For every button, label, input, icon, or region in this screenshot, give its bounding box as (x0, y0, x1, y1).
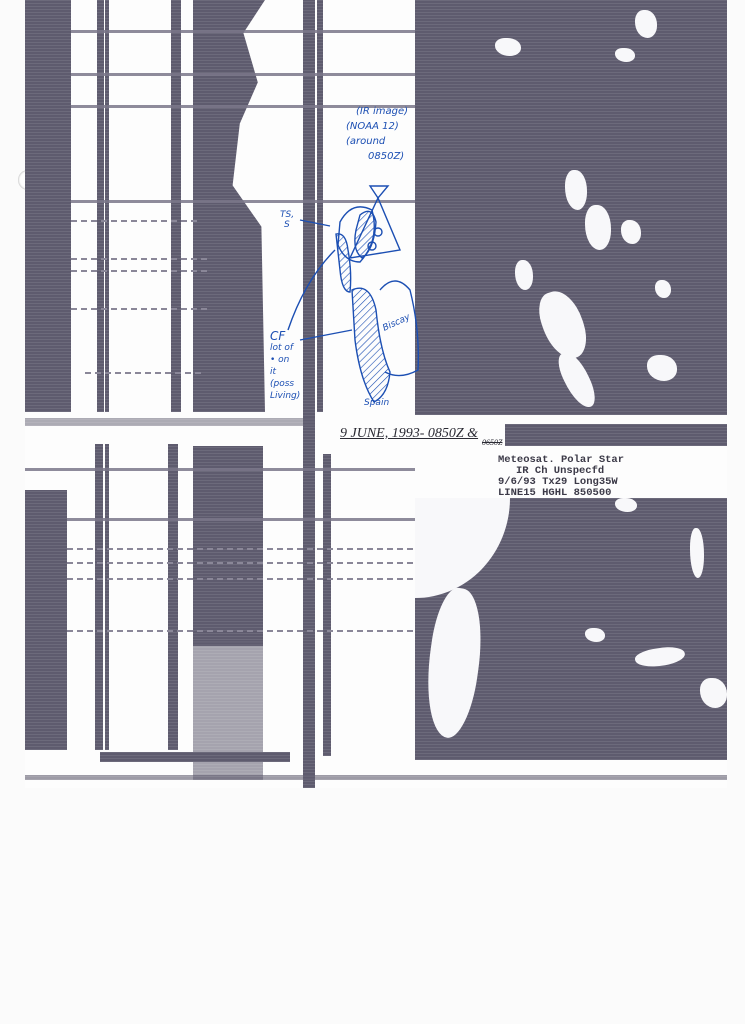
note-line: S (280, 220, 294, 230)
note-line: Living) (270, 390, 300, 402)
scanned-page: 9 JUNE, 1993- 0850Z & 0650Z Meteosat. Po… (0, 0, 745, 1024)
note-line: CF (270, 330, 300, 342)
sketch-triangle-top (370, 186, 388, 198)
note-line: • on (270, 354, 300, 366)
note-cold-front: CF lot of • on it (poss Living) (270, 330, 300, 402)
note-line: lot of (270, 342, 300, 354)
note-ts: TS, S (280, 210, 294, 230)
note-line: TS, (280, 210, 294, 220)
note-image-source: (IR image) (NOAA 12) (around 0850Z) (346, 104, 408, 164)
note-line: (around (346, 134, 408, 149)
note-line: it (270, 366, 300, 378)
note-line: 0850Z) (346, 149, 408, 164)
note-line: (NOAA 12) (346, 119, 408, 134)
note-spain: Spain (364, 398, 389, 408)
note-line: (poss (270, 378, 300, 390)
note-line: (IR image) (346, 104, 408, 119)
